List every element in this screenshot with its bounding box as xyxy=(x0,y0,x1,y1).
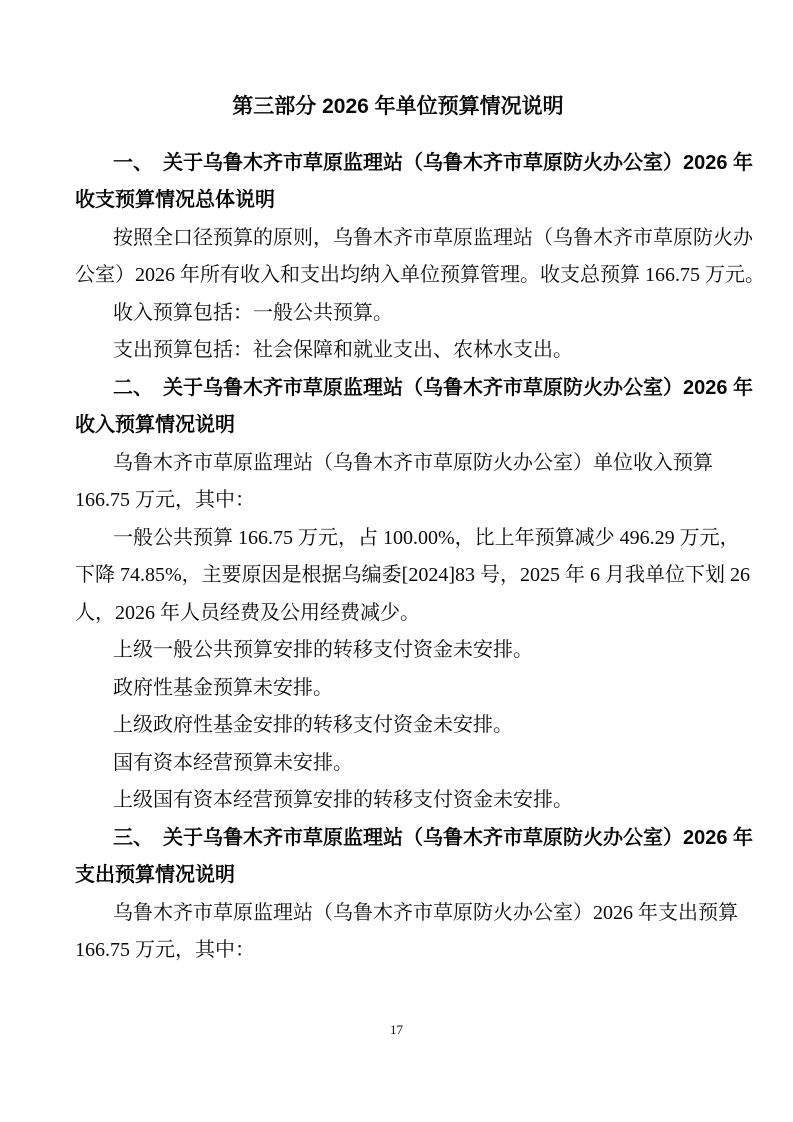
section-1-paragraph-3-line-1: 支出预算包括：社会保障和就业支出、农林水支出。 xyxy=(75,332,721,370)
section-3-paragraph-1-line-1: 乌鲁木齐市草原监理站（乌鲁木齐市草原防火办公室）2026 年支出预算 xyxy=(75,895,721,933)
section-2-paragraph-2-line-1: 一般公共预算 166.75 万元，占 100.00%，比上年预算减少 496.2… xyxy=(75,520,721,558)
section-3-heading-line-2: 支出预算情况说明 xyxy=(75,857,721,895)
section-1-heading-line-1: 一、 关于乌鲁木齐市草原监理站（乌鲁木齐市草原防火办公室）2026 年 xyxy=(75,145,721,183)
section-2-paragraph-1-line-1: 乌鲁木齐市草原监理站（乌鲁木齐市草原防火办公室）单位收入预算 xyxy=(75,445,721,483)
section-2-heading-line-1: 二、 关于乌鲁木齐市草原监理站（乌鲁木齐市草原防火办公室）2026 年 xyxy=(75,370,721,408)
section-2-heading-line-2: 收入预算情况说明 xyxy=(75,407,721,445)
document-page: 第三部分 2026 年单位预算情况说明 一、 关于乌鲁木齐市草原监理站（乌鲁木齐… xyxy=(0,0,793,1122)
section-3-paragraph-1-line-2: 166.75 万元，其中： xyxy=(75,932,721,970)
title-gap xyxy=(75,126,721,145)
section-2-paragraph-4-line-1: 政府性基金预算未安排。 xyxy=(75,670,721,708)
section-2-paragraph-7-line-1: 上级国有资本经营预算安排的转移支付资金未安排。 xyxy=(75,782,721,820)
document-content: 第三部分 2026 年单位预算情况说明 一、 关于乌鲁木齐市草原监理站（乌鲁木齐… xyxy=(0,0,793,970)
section-2-paragraph-2-line-2: 下降 74.85%，主要原因是根据乌编委[2024]83 号，2025 年 6 … xyxy=(75,557,721,595)
document-title: 第三部分 2026 年单位预算情况说明 xyxy=(75,88,721,126)
section-1-paragraph-1-line-2: 公室）2026 年所有收入和支出均纳入单位预算管理。收支总预算 166.75 万… xyxy=(75,257,721,295)
section-1-heading-line-2: 收支预算情况总体说明 xyxy=(75,182,721,220)
page-number: 17 xyxy=(0,1021,793,1039)
section-1-paragraph-1-line-1: 按照全口径预算的原则，乌鲁木齐市草原监理站（乌鲁木齐市草原防火办 xyxy=(75,220,721,258)
section-2-paragraph-2-line-3: 人，2026 年人员经费及公用经费减少。 xyxy=(75,595,721,633)
section-2-paragraph-1-line-2: 166.75 万元，其中： xyxy=(75,482,721,520)
section-2-paragraph-3-line-1: 上级一般公共预算安排的转移支付资金未安排。 xyxy=(75,632,721,670)
section-2-paragraph-6-line-1: 国有资本经营预算未安排。 xyxy=(75,745,721,783)
section-2-paragraph-5-line-1: 上级政府性基金安排的转移支付资金未安排。 xyxy=(75,707,721,745)
section-1-paragraph-2-line-1: 收入预算包括：一般公共预算。 xyxy=(75,295,721,333)
section-3-heading-line-1: 三、 关于乌鲁木齐市草原监理站（乌鲁木齐市草原防火办公室）2026 年 xyxy=(75,820,721,858)
